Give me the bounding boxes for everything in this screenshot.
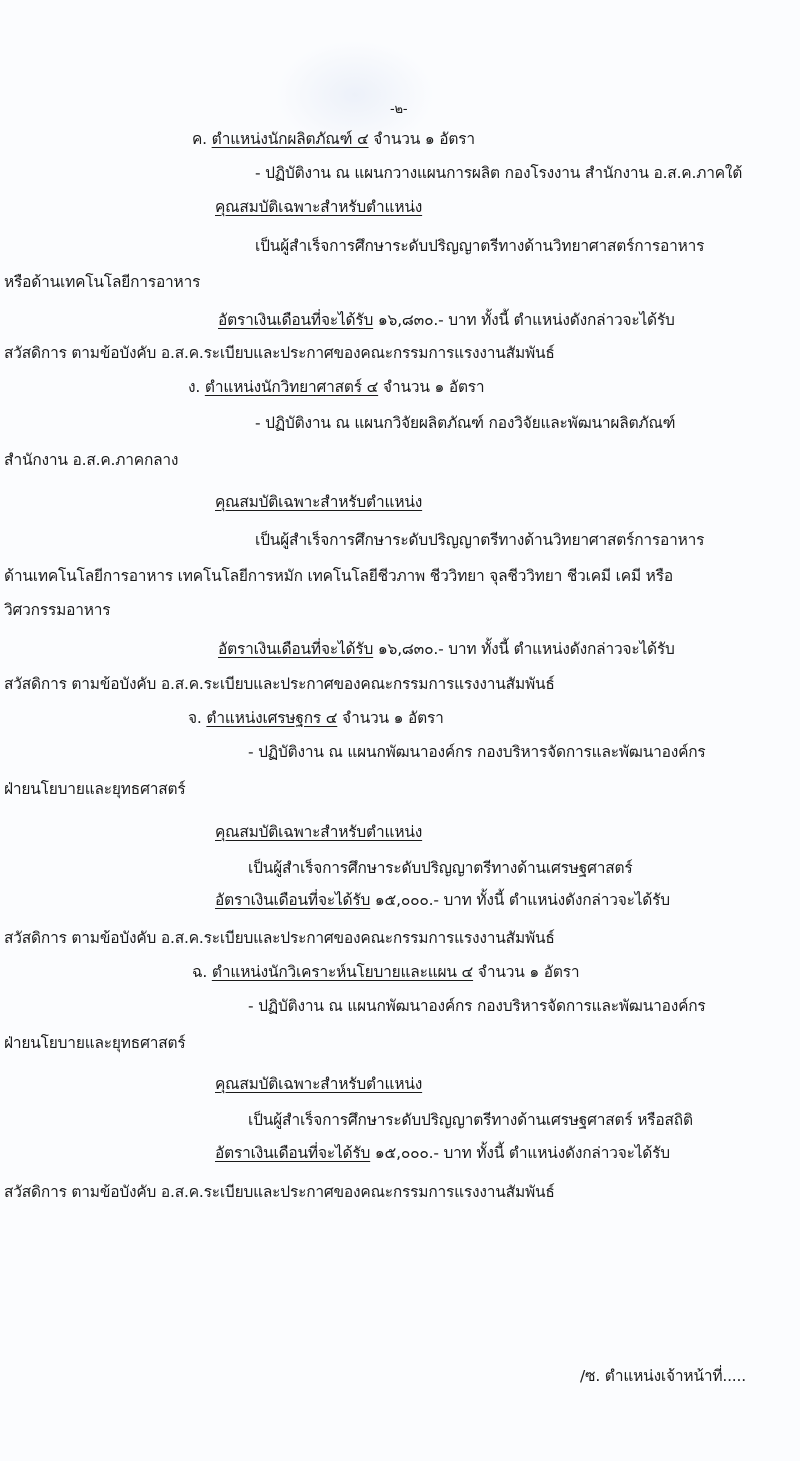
position-title: ตำแหน่งนักวิเคราะห์นโยบายและแผน ๔: [212, 963, 473, 981]
qualification-heading: คุณสมบัติเฉพาะสำหรับตำแหน่ง: [215, 822, 422, 842]
welfare-text: สวัสดิการ ตามข้อบังคับ อ.ส.ค.ระเบียบและป…: [4, 343, 555, 363]
position-count: จำนวน ๑ อัตรา: [478, 963, 580, 981]
qualification-heading: คุณสมบัติเฉพาะสำหรับตำแหน่ง: [215, 492, 422, 512]
qualification-text: เป็นผู้สำเร็จการศึกษาระดับปริญญาตรีทางด้…: [255, 236, 704, 256]
workplace-text: - ปฏิบัติงาน ณ แผนกพัฒนาองค์กร กองบริหาร…: [248, 996, 706, 1016]
workplace-text: สำนักงาน อ.ส.ค.ภาคกลาง: [4, 450, 178, 470]
page-number: -๒-: [390, 100, 407, 120]
workplace-text: - ปฏิบัติงาน ณ แผนกพัฒนาองค์กร กองบริหาร…: [248, 742, 706, 762]
salary-label: อัตราเงินเดือนที่จะได้รับ: [215, 1144, 370, 1162]
salary-value: ๑๖,๘๓๐.- บาท ทั้งนี้ ตำแหน่งดังกล่าวจะได…: [378, 311, 675, 329]
qualification-text: เป็นผู้สำเร็จการศึกษาระดับปริญญาตรีทางด้…: [248, 858, 633, 878]
position-count: จำนวน ๑ อัตรา: [373, 130, 475, 148]
qualification-text: เป็นผู้สำเร็จการศึกษาระดับปริญญาตรีทางด้…: [255, 530, 704, 550]
qualification-text: ด้านเทคโนโลยีการอาหาร เทคโนโลยีการหมัก เ…: [4, 566, 673, 586]
qualification-text: หรือด้านเทคโนโลยีการอาหาร: [4, 272, 200, 292]
section-prefix: ค.: [192, 130, 207, 148]
position-count: จำนวน ๑ อัตรา: [383, 378, 485, 396]
section-prefix: จ.: [188, 709, 202, 727]
workplace-text: ฝ่ายนโยบายและยุทธศาสตร์: [4, 779, 185, 799]
salary-line: อัตราเงินเดือนที่จะได้รับ ๑๕,๐๐๐.- บาท ท…: [215, 890, 670, 910]
section-prefix: ฉ.: [192, 963, 207, 981]
qualification-text: วิศวกรรมอาหาร: [4, 600, 110, 620]
salary-label: อัตราเงินเดือนที่จะได้รับ: [215, 891, 370, 909]
position-count: จำนวน ๑ อัตรา: [342, 709, 444, 727]
position-title: ตำแหน่งนักผลิตภัณฑ์ ๔: [212, 130, 369, 148]
qualification-heading: คุณสมบัติเฉพาะสำหรับตำแหน่ง: [215, 1074, 422, 1094]
qualification-text: เป็นผู้สำเร็จการศึกษาระดับปริญญาตรีทางด้…: [248, 1110, 693, 1130]
qualification-heading: คุณสมบัติเฉพาะสำหรับตำแหน่ง: [215, 197, 422, 217]
salary-label: อัตราเงินเดือนที่จะได้รับ: [218, 640, 373, 658]
salary-value: ๑๖,๘๓๐.- บาท ทั้งนี้ ตำแหน่งดังกล่าวจะได…: [378, 640, 675, 658]
salary-label: อัตราเงินเดือนที่จะได้รับ: [218, 311, 373, 329]
welfare-text: สวัสดิการ ตามข้อบังคับ อ.ส.ค.ระเบียบและป…: [4, 674, 555, 694]
section-heading: จ. ตำแหน่งเศรษฐกร ๔ จำนวน ๑ อัตรา: [188, 708, 444, 728]
workplace-text: - ปฏิบัติงาน ณ แผนกวิจัยผลิตภัณฑ์ กองวิจ…: [255, 413, 675, 433]
salary-line: อัตราเงินเดือนที่จะได้รับ ๑๖,๘๓๐.- บาท ท…: [218, 310, 675, 330]
position-title: ตำแหน่งเศรษฐกร ๔: [206, 709, 337, 727]
welfare-text: สวัสดิการ ตามข้อบังคับ อ.ส.ค.ระเบียบและป…: [4, 1182, 555, 1202]
section-heading: ฉ. ตำแหน่งนักวิเคราะห์นโยบายและแผน ๔ จำน…: [192, 962, 579, 982]
position-title: ตำแหน่งนักวิทยาศาสตร์ ๔: [205, 378, 378, 396]
salary-line: อัตราเงินเดือนที่จะได้รับ ๑๖,๘๓๐.- บาท ท…: [218, 639, 675, 659]
document-page: -๒- ค. ตำแหน่งนักผลิตภัณฑ์ ๔ จำนวน ๑ อัต…: [0, 0, 800, 1461]
section-heading: ง. ตำแหน่งนักวิทยาศาสตร์ ๔ จำนวน ๑ อัตรา: [188, 377, 484, 397]
workplace-text: ฝ่ายนโยบายและยุทธศาสตร์: [4, 1033, 185, 1053]
salary-value: ๑๕,๐๐๐.- บาท ทั้งนี้ ตำแหน่งดังกล่าวจะได…: [375, 1144, 670, 1162]
continuation-note: /ซ. ตำแหน่งเจ้าหน้าที่.....: [580, 1366, 746, 1386]
section-prefix: ง.: [188, 378, 200, 396]
salary-value: ๑๕,๐๐๐.- บาท ทั้งนี้ ตำแหน่งดังกล่าวจะได…: [375, 891, 670, 909]
salary-line: อัตราเงินเดือนที่จะได้รับ ๑๕,๐๐๐.- บาท ท…: [215, 1143, 670, 1163]
section-heading: ค. ตำแหน่งนักผลิตภัณฑ์ ๔ จำนวน ๑ อัตรา: [192, 129, 475, 149]
workplace-text: - ปฏิบัติงาน ณ แผนกวางแผนการผลิต กองโรงง…: [255, 163, 742, 183]
welfare-text: สวัสดิการ ตามข้อบังคับ อ.ส.ค.ระเบียบและป…: [4, 928, 555, 948]
